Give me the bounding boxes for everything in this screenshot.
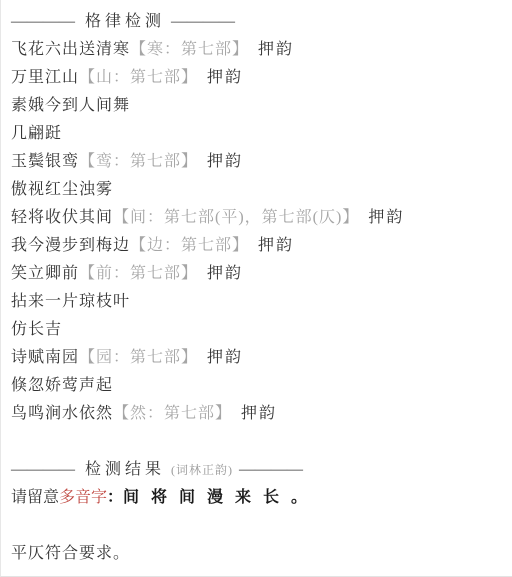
blank-line [11, 428, 506, 456]
poem-line: 拈来一片琼枝叶 [11, 288, 506, 316]
result-dashes-right: ———— [239, 461, 303, 478]
poem-text: 笑立卿前 [11, 265, 79, 282]
polyphone-highlight: 多音字 [59, 489, 107, 506]
poem-line: 玉鬓银鸾【鸾：第七部】押韵 [11, 148, 506, 176]
note-prefix: 请留意 [11, 489, 59, 506]
result-title: 检测结果 [85, 461, 165, 478]
rhyme-annotation: 【园：第七部】 [79, 349, 198, 366]
poem-line: 万里江山【山：第七部】押韵 [11, 64, 506, 92]
rhyme-annotation: 【前：第七部】 [79, 265, 198, 282]
rhyme-annotation: 【山：第七部】 [79, 69, 198, 86]
poem-text: 飞花六出送清寒 [11, 41, 130, 58]
rhyme-status: 押韵 [258, 237, 294, 254]
section-header-result: ————检测结果(词林正韵)———— [11, 456, 506, 484]
rhyme-annotation: 【边：第七部】 [130, 237, 249, 254]
polyphone-note: 请留意多音字：间 将 间 漫 来 长 。 [11, 484, 506, 512]
rhyme-annotation: 【鸾：第七部】 [79, 153, 198, 170]
note-colon: ： [107, 489, 123, 506]
poem-text: 万里江山 [11, 69, 79, 86]
rhyme-book-subtitle: (词林正韵) [171, 463, 233, 477]
poem-line: 飞花六出送清寒【寒：第七部】押韵 [11, 36, 506, 64]
rhyme-status: 押韵 [207, 349, 243, 366]
poem-text: 轻将收伏其间 [11, 209, 113, 226]
poem-line: 笑立卿前【前：第七部】押韵 [11, 260, 506, 288]
meter-check-title: 格律检测 [85, 13, 165, 30]
poem-text: 素娥今到人间舞 [11, 97, 130, 114]
header-dashes-left: ———— [11, 13, 75, 30]
poem-line: 诗赋南园【园：第七部】押韵 [11, 344, 506, 372]
rhyme-status: 押韵 [241, 405, 277, 422]
poem-text: 我今漫步到梅边 [11, 237, 130, 254]
poem-line: 轻将收伏其间【间：第七部(平)，第七部(仄)】押韵 [11, 204, 506, 232]
poem-line: 鸟鸣涧水依然【然：第七部】押韵 [11, 400, 506, 428]
header-dashes-right: ———— [171, 13, 235, 30]
rhyme-status: 押韵 [207, 265, 243, 282]
poem-text: 仿长吉 [11, 321, 62, 338]
polyphone-characters: 间 将 间 漫 来 长 。 [123, 489, 311, 506]
poem-text: 倏忽娇莺声起 [11, 377, 113, 394]
poem-line: 几翩跹 [11, 120, 506, 148]
meter-check-report: ————格律检测———— 飞花六出送清寒【寒：第七部】押韵 万里江山【山：第七部… [0, 0, 512, 577]
poem-text: 鸟鸣涧水依然 [11, 405, 113, 422]
rhyme-status: 押韵 [207, 69, 243, 86]
poem-line: 倏忽娇莺声起 [11, 372, 506, 400]
rhyme-annotation: 【然：第七部】 [113, 405, 232, 422]
poem-line: 素娥今到人间舞 [11, 92, 506, 120]
poem-text: 几翩跹 [11, 125, 62, 142]
poem-line: 仿长吉 [11, 316, 506, 344]
rhyme-annotation: 【间：第七部(平)，第七部(仄)】 [113, 209, 359, 226]
rhyme-annotation: 【寒：第七部】 [130, 41, 249, 58]
result-dashes-left: ———— [11, 461, 75, 478]
poem-line: 傲视红尘浊雾 [11, 176, 506, 204]
poem-text: 玉鬓银鸾 [11, 153, 79, 170]
poem-text: 傲视红尘浊雾 [11, 181, 113, 198]
rhyme-status: 押韵 [207, 153, 243, 170]
rhyme-status: 押韵 [258, 41, 294, 58]
blank-line [11, 512, 506, 540]
poem-text: 拈来一片琼枝叶 [11, 293, 130, 310]
poem-line: 我今漫步到梅边【边：第七部】押韵 [11, 232, 506, 260]
poem-text: 诗赋南园 [11, 349, 79, 366]
rhyme-status: 押韵 [368, 209, 404, 226]
tone-pattern-conclusion: 平仄符合要求。 [11, 540, 506, 568]
poem-lines: 飞花六出送清寒【寒：第七部】押韵 万里江山【山：第七部】押韵 素娥今到人间舞 几… [11, 36, 506, 428]
section-header-meter-check: ————格律检测———— [11, 8, 506, 36]
